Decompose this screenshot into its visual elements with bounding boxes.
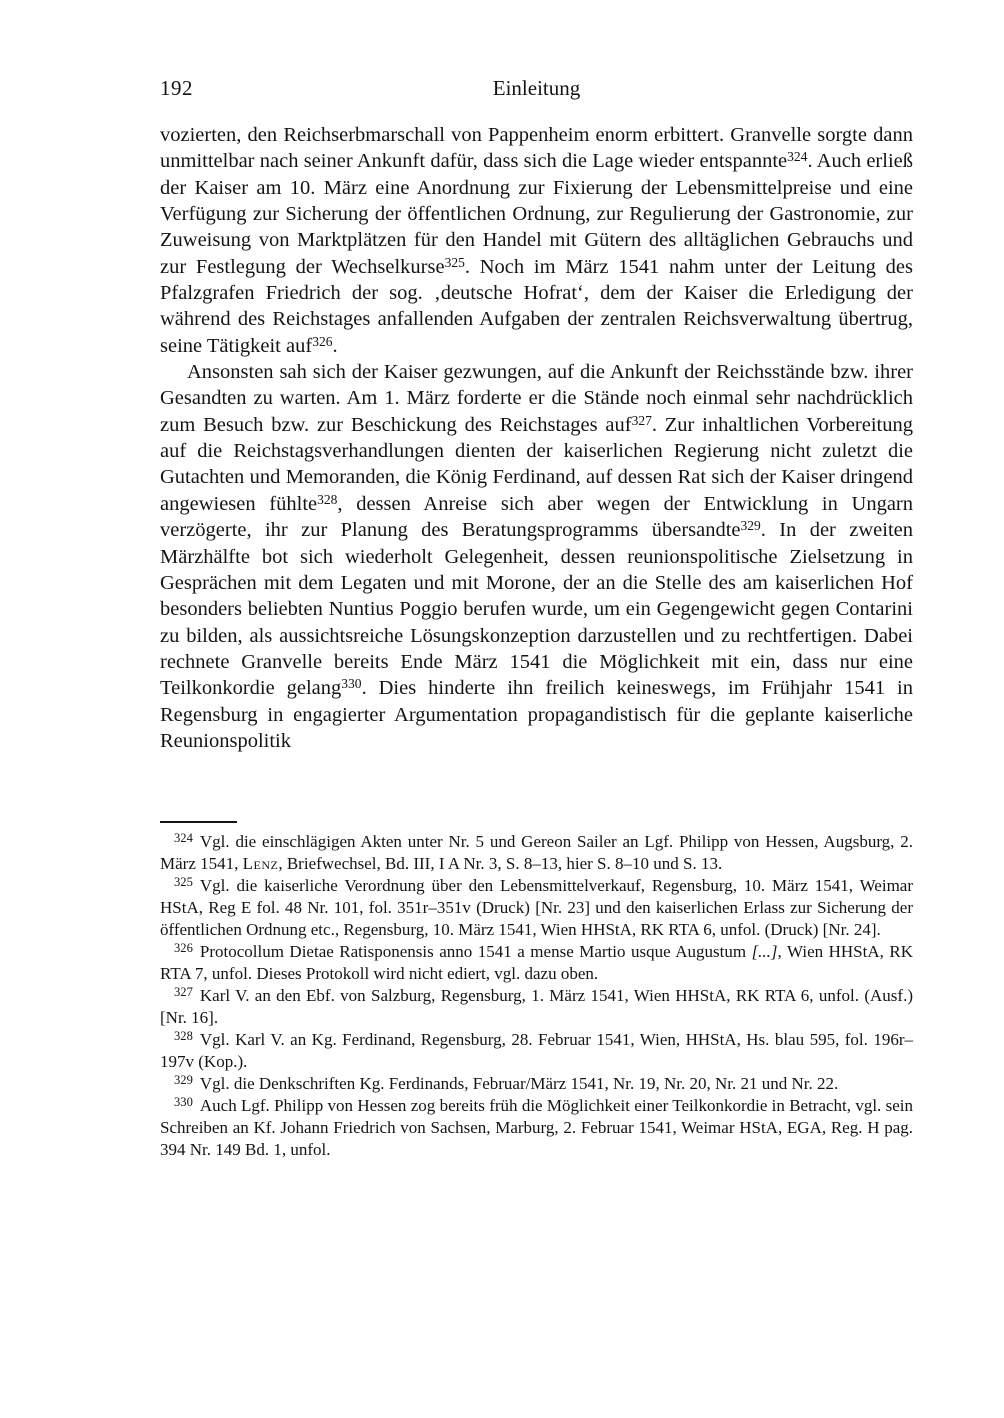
footnote-330: 330Auch Lgf. Philipp von Hessen zog bere…	[160, 1095, 913, 1161]
footnote-marker: 326	[312, 334, 332, 349]
page-header: 192 Einleitung	[160, 76, 913, 102]
footnote-number: 327	[174, 985, 193, 999]
footnote-324: 324Vgl. die einschlägigen Akten unter Nr…	[160, 831, 913, 875]
footnote-text: Vgl. die kaiserliche Verordnung über den…	[160, 876, 913, 939]
footnote-329: 329Vgl. die Denkschriften Kg. Ferdinands…	[160, 1073, 913, 1095]
footnote-number: 328	[174, 1029, 193, 1043]
text-block: 192 Einleitung vozierten, den Reichserbm…	[160, 0, 913, 1161]
footnote-marker: 328	[317, 492, 337, 507]
footnote-325: 325Vgl. die kaiserliche Verordnung über …	[160, 875, 913, 941]
footnote-marker: 325	[445, 255, 465, 270]
body-text: vozierten, den Reichserbmarschall von Pa…	[160, 122, 913, 808]
footnote-text: Vgl. Karl V. an Kg. Ferdinand, Regensbur…	[160, 1030, 913, 1071]
italic-text: [...]	[752, 942, 778, 961]
footnote-separator-rule	[160, 821, 237, 823]
footnote-marker: 330	[341, 676, 361, 691]
footnote-327: 327Karl V. an den Ebf. von Salzburg, Reg…	[160, 985, 913, 1029]
footnote-marker: 327	[632, 413, 652, 428]
body-paragraph-1: vozierten, den Reichserbmarschall von Pa…	[160, 122, 913, 359]
footnote-number: 330	[174, 1095, 193, 1109]
footnote-number: 325	[174, 875, 193, 889]
footnote-326: 326Protocollum Dietae Ratisponensis anno…	[160, 941, 913, 985]
footnote-328: 328Vgl. Karl V. an Kg. Ferdinand, Regens…	[160, 1029, 913, 1073]
footnote-marker: 324	[787, 149, 807, 164]
footnote-marker: 329	[741, 518, 761, 533]
footnote-text: Vgl. die Denkschriften Kg. Ferdinands, F…	[200, 1074, 838, 1093]
footnotes-section: 324Vgl. die einschlägigen Akten unter Nr…	[160, 831, 913, 1161]
book-page: 192 Einleitung vozierten, den Reichserbm…	[0, 0, 1004, 1418]
footnote-number: 324	[174, 831, 193, 845]
footnote-text: Auch Lgf. Philipp von Hessen zog bereits…	[160, 1096, 913, 1159]
footnote-text: Karl V. an den Ebf. von Salzburg, Regens…	[160, 986, 913, 1027]
footnote-text: Protocollum Dietae Ratisponensis anno 15…	[160, 942, 913, 983]
footnote-number: 326	[174, 941, 193, 955]
body-paragraph-2: Ansonsten sah sich der Kaiser gezwungen,…	[160, 359, 913, 754]
small-caps-name: Lenz	[243, 854, 279, 873]
footnote-text: Vgl. die einschlägigen Akten unter Nr. 5…	[160, 832, 913, 873]
page-number: 192	[160, 76, 193, 101]
running-header: Einleitung	[160, 76, 913, 101]
footnote-number: 329	[174, 1073, 193, 1087]
